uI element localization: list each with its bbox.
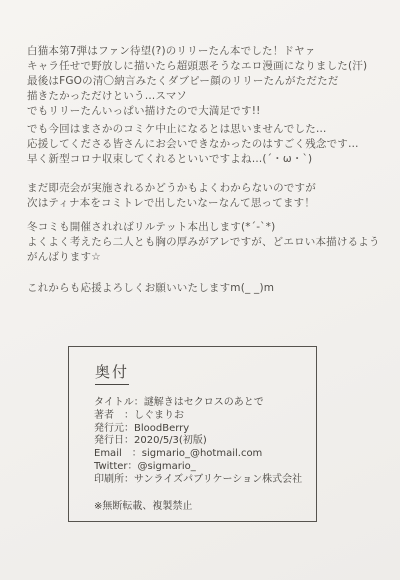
text-line: キャラ任せで野放しに描いたら超頭悪そうなエロ漫画になりました(汗) [27, 59, 394, 74]
colophon-value: しぐまりお [134, 410, 184, 421]
colophon-value: sigmario_@hotmail.com [142, 448, 263, 459]
text-line: 応援してくださる皆さんにお会いできなかったのはすごく残念です… [27, 137, 394, 152]
paragraph-4: 冬コミも開催されればリルテット本出します(*´-`*) よくよく考えたら二人とも… [27, 220, 394, 265]
text-line: 次はティナ本をコミトレで出したいなーなんて思ってます！ [27, 196, 394, 211]
afterword-text: 白猫本第7弾はファン待望(?)のリリーたん本でした！ドヤァ キャラ任せで野放しに… [27, 44, 394, 296]
colophon-label: 著者 ： [94, 410, 134, 421]
text-line: 早く新型コロナ収束してくれるといいですよね…(´・ω・`) [27, 152, 394, 167]
colophon-value: @sigmario_ [138, 461, 196, 472]
colophon-row-twitter: Twitter：@sigmario_ [94, 461, 302, 474]
paragraph-1: 白猫本第7弾はファン待望(?)のリリーたん本でした！ドヤァ キャラ任せで野放しに… [27, 44, 394, 119]
colophon-row-author: 著者 ：しぐまりお [94, 410, 302, 423]
paragraph-2: でも今回はまさかのコミケ中止になるとは思いませんでした… 応援してくださる皆さん… [27, 122, 394, 167]
text-line: 描きたかっただけという…スマソ [27, 89, 394, 104]
text-line: よくよく考えたら二人とも胸の厚みがアレですが、どエロい本描けるよう [27, 235, 394, 250]
text-line: 最後はFGOの清〇納言みたくダブピー顔のリリーたんがただただ [27, 74, 394, 89]
colophon-row-printer: 印刷所：サンライズパブリケーション株式会社 [94, 474, 302, 487]
colophon-note: ※無断転載、複製禁止 [94, 497, 192, 512]
colophon-row-email: Email ：sigmario_@hotmail.com [94, 448, 302, 461]
paragraph-3: まだ即売会が実施されるかどうかもよくわからないのですが 次はティナ本をコミトレで… [27, 181, 394, 211]
colophon-label: Email ： [94, 448, 142, 459]
colophon-value: BloodBerry [134, 423, 189, 434]
colophon-label: 発行日： [94, 435, 134, 446]
colophon-heading: 奥付 [95, 361, 129, 385]
text-line: 白猫本第7弾はファン待望(?)のリリーたん本でした！ドヤァ [27, 44, 394, 59]
text-line: がんばります☆ [27, 250, 394, 265]
text-line: まだ即売会が実施されるかどうかもよくわからないのですが [27, 181, 394, 196]
colophon-row-date: 発行日：2020/5/3(初版) [94, 435, 302, 448]
text-line: これからも応援よろしくお願いいたしますm(_ _)m [27, 281, 394, 296]
colophon-box: 奥付 タイトル：謎解きはセクロスのあとで 著者 ：しぐまりお 発行元：Blood… [68, 346, 317, 522]
colophon-value: 謎解きはセクロスのあとで [144, 397, 264, 408]
afterword-page: 白猫本第7弾はファン待望(?)のリリーたん本でした！ドヤァ キャラ任せで野放しに… [0, 0, 400, 580]
colophon-value: 2020/5/3(初版) [134, 435, 207, 446]
colophon-label: 印刷所： [94, 474, 134, 485]
text-line: でも今回はまさかのコミケ中止になるとは思いませんでした… [27, 122, 394, 137]
colophon-rows: タイトル：謎解きはセクロスのあとで 著者 ：しぐまりお 発行元：BloodBer… [94, 397, 302, 487]
colophon-row-title: タイトル：謎解きはセクロスのあとで [94, 397, 302, 410]
colophon-label: タイトル： [94, 397, 144, 408]
colophon-value: サンライズパブリケーション株式会社 [134, 474, 302, 485]
colophon-label: 発行元： [94, 423, 134, 434]
text-line: でもリリーたんいっぱい描けたので大満足です!! [27, 104, 394, 119]
colophon-label: Twitter： [94, 461, 138, 472]
colophon-row-publisher: 発行元：BloodBerry [94, 423, 302, 436]
text-line: 冬コミも開催されればリルテット本出します(*´-`*) [27, 220, 394, 235]
paragraph-5: これからも応援よろしくお願いいたしますm(_ _)m [27, 281, 394, 296]
